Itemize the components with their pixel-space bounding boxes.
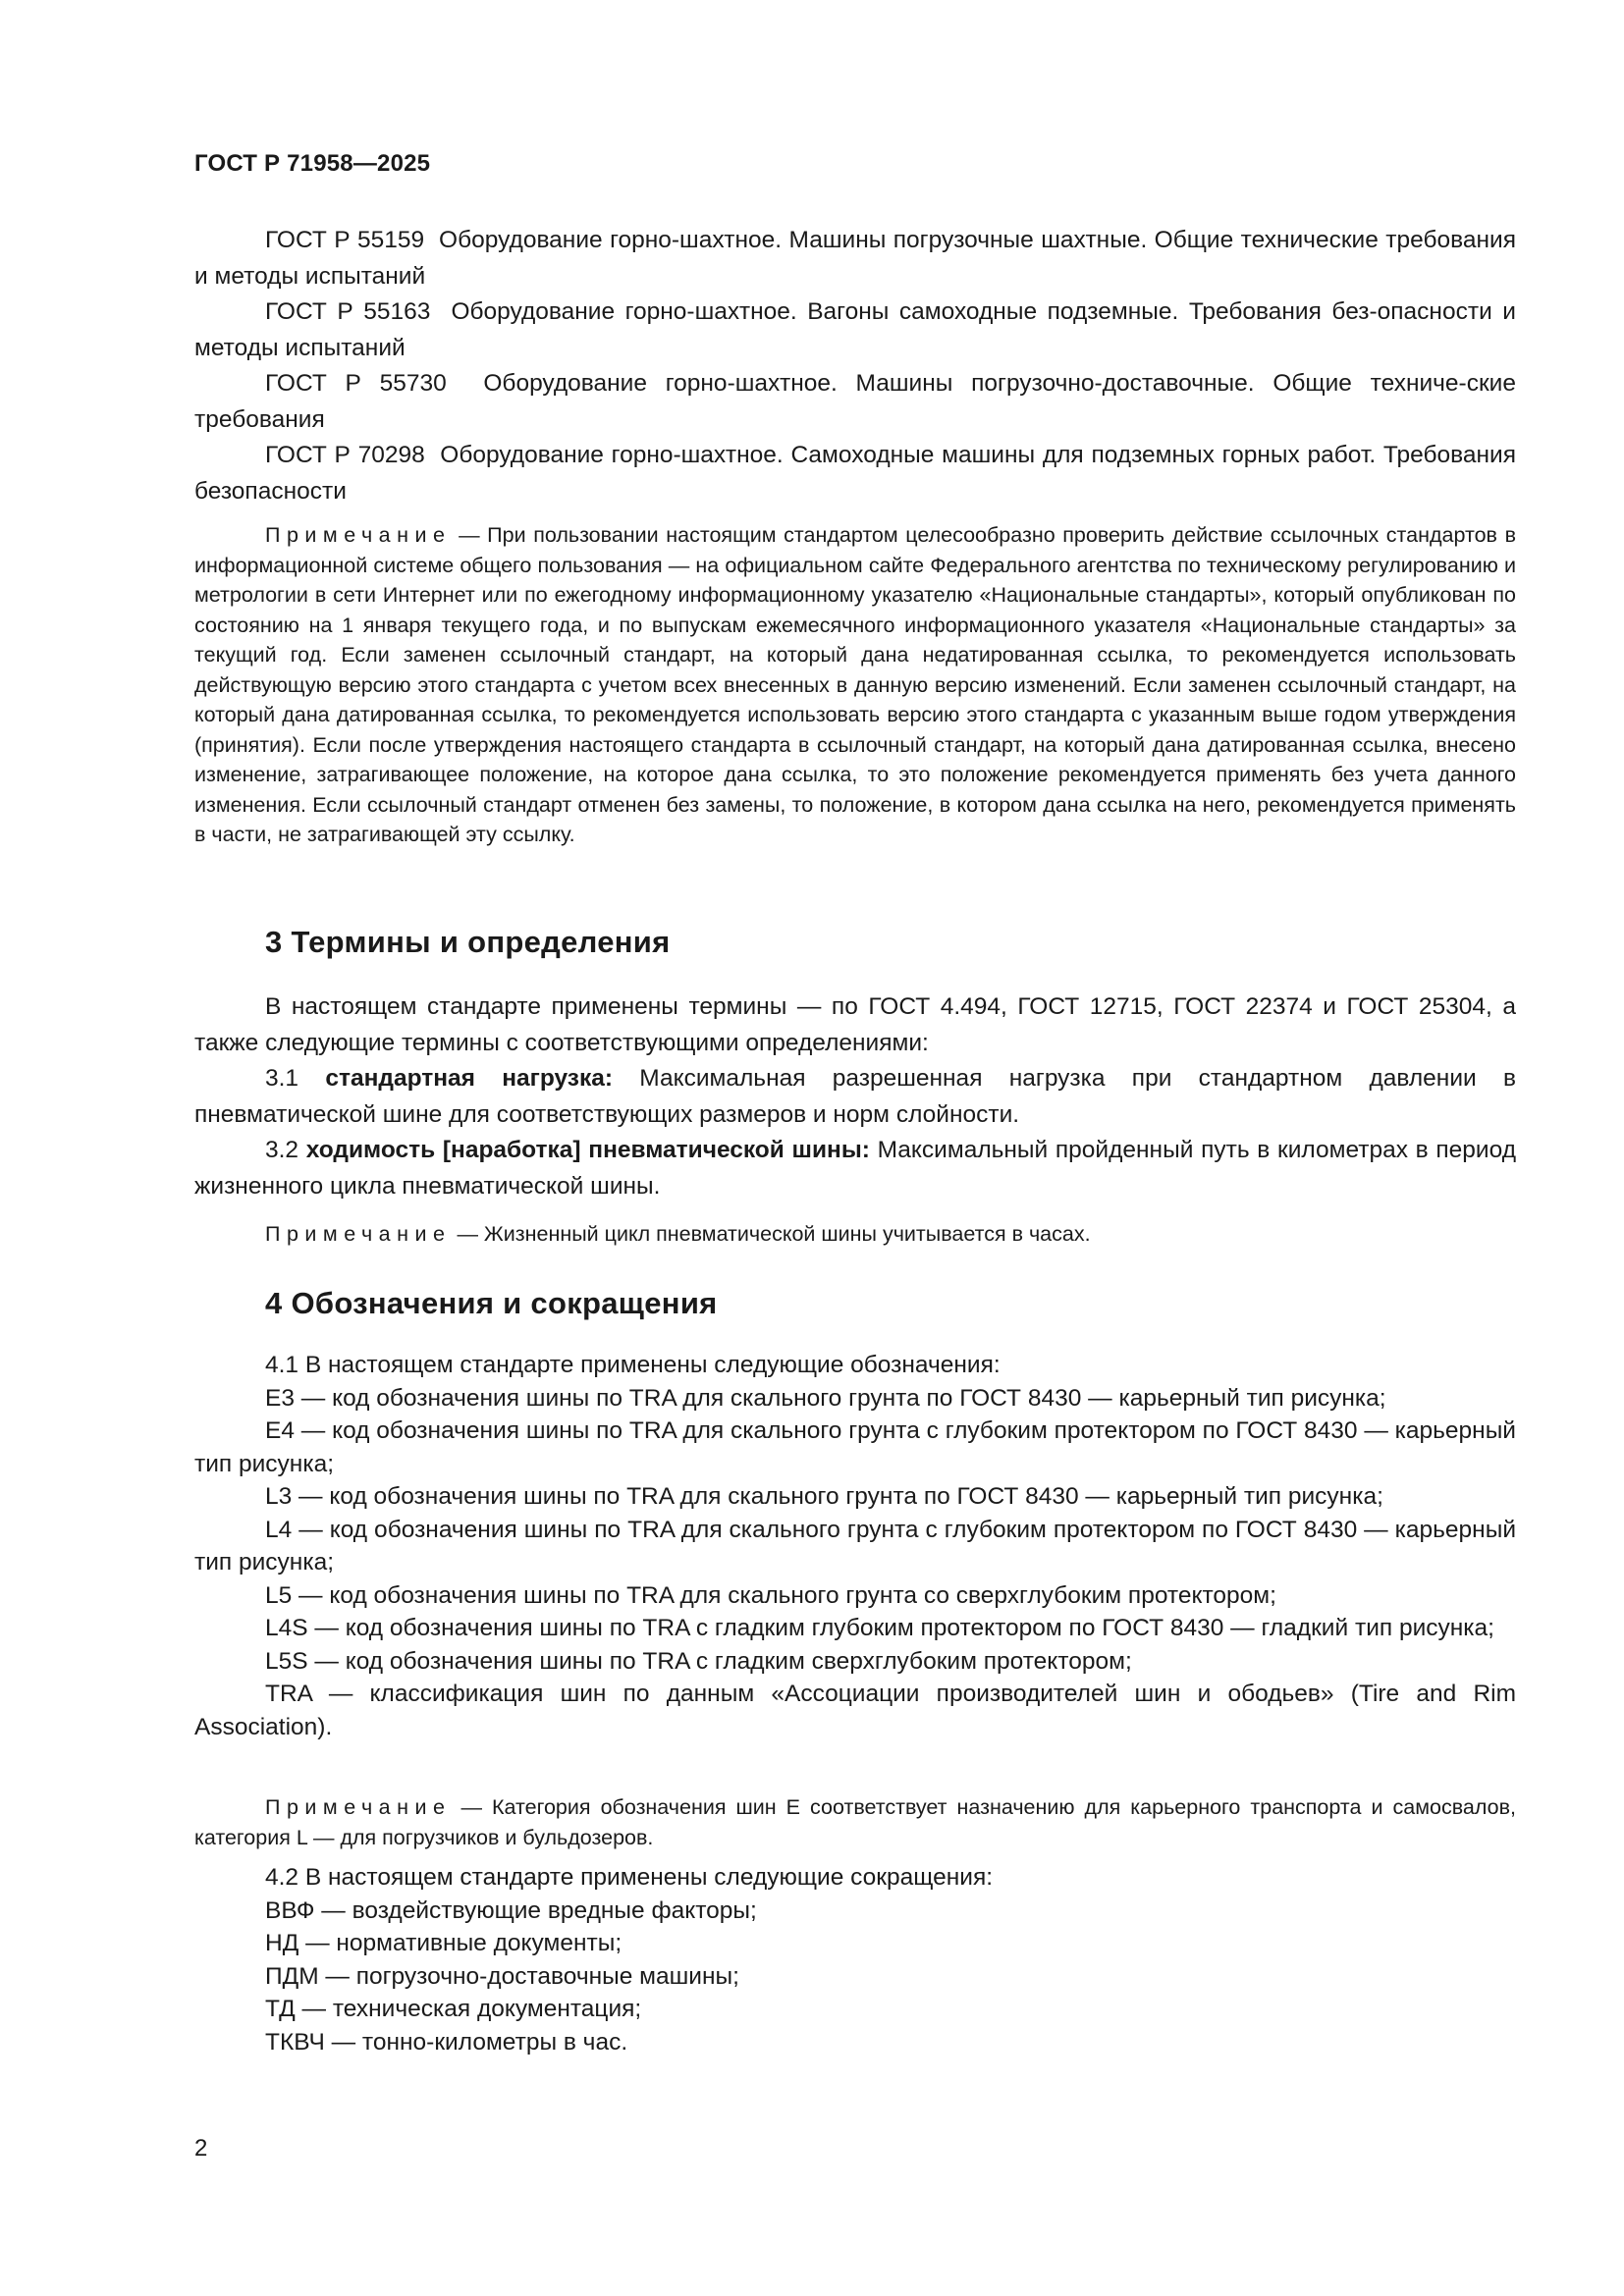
abbreviation-item: ТКВЧ — тонно-километры в час. xyxy=(194,2026,1516,2059)
designation-item: TRA — классификация шин по данным «Ассоц… xyxy=(194,1678,1516,1743)
term-definition: 3.2 ходимость [наработка] пневматической… xyxy=(194,1133,1516,1204)
designation-item: Е3 — код обозначения шины по TRA для ска… xyxy=(194,1382,1516,1415)
note-text: — Жизненный цикл пневматической шины учи… xyxy=(457,1222,1090,1246)
document-header-id: ГОСТ Р 71958—2025 xyxy=(194,150,430,178)
abbreviation-item: ПДМ — погрузочно-доставочные машины; xyxy=(194,1960,1516,1994)
section-4-title: 4 Обозначения и сокращения xyxy=(194,1286,718,1321)
abbreviation-item: НД — нормативные документы; xyxy=(194,1927,1516,1960)
designation-item: L4S — код обозначения шины по TRA с глад… xyxy=(194,1612,1516,1645)
normative-references-list: ГОСТ Р 55159 Оборудование горно-шахтное.… xyxy=(194,223,1516,509)
designation-item: L5S — код обозначения шины по TRA с глад… xyxy=(194,1645,1516,1679)
designation-item: L3 — код обозначения шины по TRA для ска… xyxy=(194,1480,1516,1514)
term-name: ходимость [наработка] пневматической шин… xyxy=(306,1137,870,1163)
section-3-intro: В настоящем стандарте применены термины … xyxy=(194,989,1516,1061)
reference-item: ГОСТ Р 55159 Оборудование горно-шахтное.… xyxy=(194,223,1516,294)
section-3-body: В настоящем стандарте применены термины … xyxy=(194,989,1516,1204)
designation-item: L5 — код обозначения шины по TRA для ска… xyxy=(194,1579,1516,1613)
reference-code: ГОСТ Р 55163 xyxy=(265,298,430,325)
references-note: Примечание — При пользовании настоящим с… xyxy=(194,520,1516,850)
abbreviation-item: ТД — техническая документация; xyxy=(194,1993,1516,2026)
terms-note: Примечание — Жизненный цикл пневматическ… xyxy=(194,1219,1516,1250)
term-number: 3.1 xyxy=(265,1065,298,1092)
designations-list: 4.1 В настоящем стандарте применены след… xyxy=(194,1349,1516,1743)
designations-intro: 4.1 В настоящем стандарте применены след… xyxy=(194,1349,1516,1382)
abbreviations-intro: 4.2 В настоящем стандарте применены след… xyxy=(194,1861,1516,1895)
term-name: стандартная нагрузка: xyxy=(325,1065,613,1092)
note-text: — При пользовании настоящим стандартом ц… xyxy=(194,523,1516,846)
reference-code: ГОСТ Р 55730 xyxy=(265,370,447,397)
reference-item: ГОСТ Р 55163 Оборудование горно-шахтное.… xyxy=(194,294,1516,366)
reference-item: ГОСТ Р 70298 Оборудование горно-шахтное.… xyxy=(194,438,1516,509)
page-number: 2 xyxy=(194,2135,207,2163)
term-definition: 3.1 стандартная нагрузка: Максимальная р… xyxy=(194,1061,1516,1133)
reference-item: ГОСТ Р 55730 Оборудование горно-шахтное.… xyxy=(194,366,1516,438)
abbreviation-item: ВВФ — воздействующие вредные факторы; xyxy=(194,1895,1516,1928)
abbreviations-list: 4.2 В настоящем стандарте применены след… xyxy=(194,1861,1516,2058)
note-label: Примечание xyxy=(265,1795,451,1819)
designation-item: Е4 — код обозначения шины по TRA для ска… xyxy=(194,1415,1516,1480)
section-3-title: 3 Термины и определения xyxy=(194,925,671,960)
term-number: 3.2 xyxy=(265,1137,298,1163)
designations-note: Примечание — Категория обозначения шин Е… xyxy=(194,1792,1516,1852)
reference-code: ГОСТ Р 70298 xyxy=(265,442,425,468)
designation-item: L4 — код обозначения шины по TRA для ска… xyxy=(194,1514,1516,1579)
note-label: Примечание xyxy=(265,523,451,547)
reference-code: ГОСТ Р 55159 xyxy=(265,227,424,253)
note-label: Примечание xyxy=(265,1222,451,1246)
